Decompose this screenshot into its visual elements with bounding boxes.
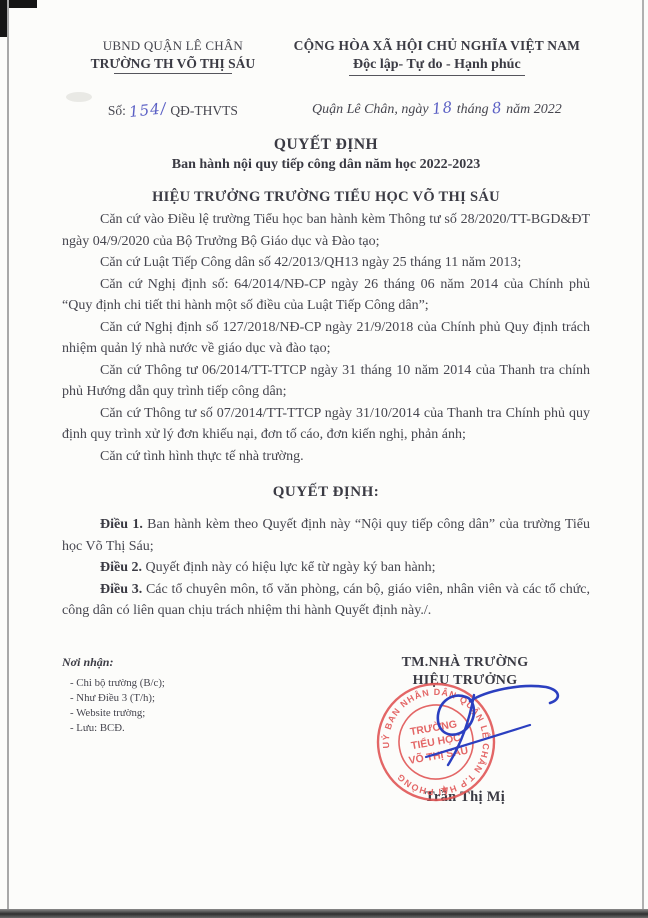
scan-edge-left (7, 0, 9, 910)
doc-number-handwritten: 154/ (128, 99, 167, 121)
signature-block: TM.NHÀ TRƯỜNG HIỆU TRƯỞNG UỶ BAN NHÂN DÂ… (340, 655, 590, 806)
document-number: Số: 154/ QĐ-THVTS (62, 101, 284, 119)
scan-edge-bottom (0, 909, 648, 918)
recipient-item: - Như Điều 3 (T/h); (70, 691, 165, 706)
article-2-label: Điều 2. (100, 560, 142, 575)
signing-authority: TM.NHÀ TRƯỜNG (340, 655, 590, 671)
recipient-item: - Lưu: BCĐ. (70, 721, 165, 736)
issuing-org-block: UBND QUẬN LÊ CHÂN TRƯỜNG TH VÕ THỊ SÁU S… (62, 38, 284, 119)
preamble-clause: Căn cứ Nghị định số: 64/2014/NĐ-CP ngày … (62, 274, 590, 317)
recipient-item: - Chi bộ trường (B/c); (70, 676, 165, 691)
parent-org-name: UBND QUẬN LÊ CHÂN (62, 38, 284, 54)
document-header: UBND QUẬN LÊ CHÂN TRƯỜNG TH VÕ THỊ SÁU S… (62, 38, 590, 119)
dateline-mid: tháng (457, 102, 489, 117)
scanned-document-page: UBND QUẬN LÊ CHÂN TRƯỜNG TH VÕ THỊ SÁU S… (0, 0, 648, 918)
national-header-block: CỘNG HÒA XÃ HỘI CHỦ NGHĨA VIỆT NAM Độc l… (284, 38, 590, 118)
scan-edge-right (642, 0, 644, 910)
preamble-clause: Căn cứ Thông tư 06/2014/TT-TTCP ngày 31 … (62, 360, 590, 403)
preamble-clause: Căn cứ Luật Tiếp Công dân số 42/2013/QH1… (62, 252, 590, 274)
document-content: UBND QUẬN LÊ CHÂN TRƯỜNG TH VÕ THỊ SÁU S… (62, 38, 590, 806)
article-2: Điều 2. Quyết định này có hiệu lực kể từ… (62, 557, 590, 579)
doc-number-suffix: QĐ-THVTS (170, 103, 238, 118)
article-2-text: Quyết định này có hiệu lực kể từ ngày ký… (142, 560, 436, 575)
dateline-suffix: năm 2022 (506, 102, 562, 117)
preamble-clause: Căn cứ vào Điều lệ trường Tiểu học ban h… (62, 209, 590, 252)
document-footer: Nơi nhận: - Chi bộ trường (B/c); - Như Đ… (62, 655, 590, 806)
preamble-clause: Căn cứ Thông tư số 07/2014/TT-TTCP ngày … (62, 403, 590, 446)
article-3-label: Điều 3. (100, 582, 142, 597)
dateline-prefix: Quận Lê Chân, ngày (312, 102, 429, 117)
stamp-star-icon: ★ (439, 783, 450, 795)
preamble-clauses: Căn cứ vào Điều lệ trường Tiểu học ban h… (62, 209, 590, 467)
org-underline (114, 73, 232, 74)
article-3: Điều 3. Các tổ chuyên môn, tổ văn phòng,… (62, 579, 590, 622)
national-title: CỘNG HÒA XÃ HỘI CHỦ NGHĨA VIỆT NAM (284, 38, 590, 54)
preamble-clause: Căn cứ tình hình thực tế nhà trường. (62, 446, 590, 468)
dateline-month-handwritten: 8 (491, 98, 503, 117)
recipients-list: - Chi bộ trường (B/c); - Như Điều 3 (T/h… (62, 676, 165, 736)
article-1-label: Điều 1. (100, 517, 143, 532)
decision-heading: QUYẾT ĐỊNH: (62, 484, 590, 501)
articles: Điều 1. Ban hành kèm theo Quyết định này… (62, 514, 590, 622)
article-1: Điều 1. Ban hành kèm theo Quyết định này… (62, 514, 590, 557)
doc-number-prefix: Số: (108, 103, 126, 118)
document-title: QUYẾT ĐỊNH (62, 136, 590, 154)
preamble-clause: Căn cứ Nghị định số 127/2018/NĐ-CP ngày … (62, 317, 590, 360)
dateline-day-handwritten: 18 (431, 98, 454, 118)
issuer-heading: HIỆU TRƯỞNG TRƯỜNG TIỂU HỌC VÕ THỊ SÁU (62, 189, 590, 206)
stamp-and-signature-zone: UỶ BAN NHÂN DÂN QUẬN LÊ CHÂN T.P HẢI PHÒ… (340, 689, 590, 787)
national-motto: Độc lập- Tự do - Hạnh phúc (349, 57, 525, 76)
recipients-label: Nơi nhận: (62, 655, 165, 670)
handwritten-signature (378, 677, 578, 781)
document-subtitle: Ban hành nội quy tiếp công dân năm học 2… (62, 157, 590, 173)
date-line: Quận Lê Chân, ngày 18 tháng 8 năm 2022 (284, 99, 590, 118)
recipient-item: - Website trường; (70, 706, 165, 721)
recipients-block: Nơi nhận: - Chi bộ trường (B/c); - Như Đ… (62, 655, 165, 806)
school-name: TRƯỜNG TH VÕ THỊ SÁU (62, 56, 284, 72)
article-3-text: Các tổ chuyên môn, tổ văn phòng, cán bộ,… (62, 582, 590, 619)
